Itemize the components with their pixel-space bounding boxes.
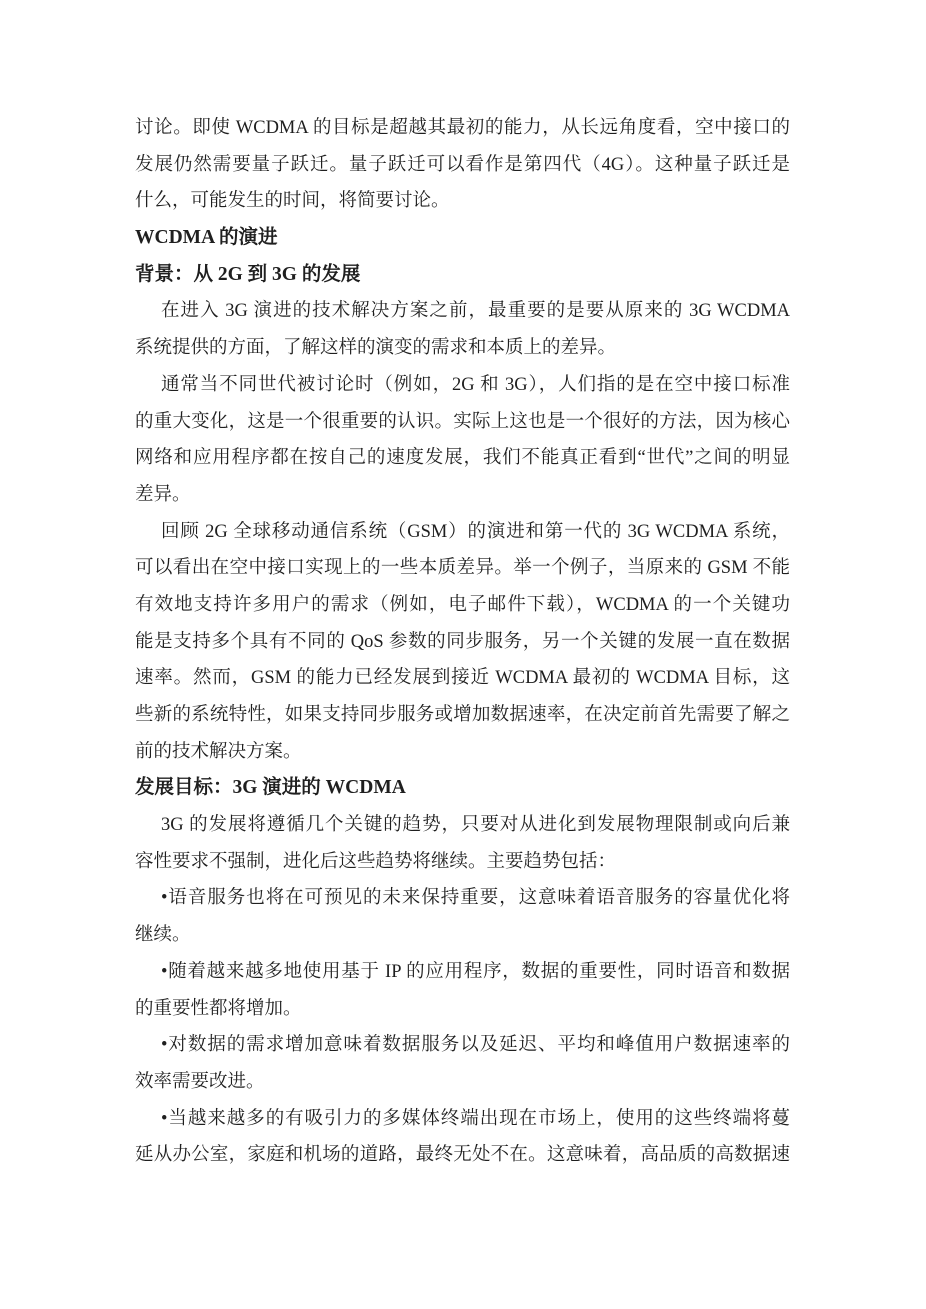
paragraph: 3G 的发展将遵循几个关键的趋势，只要对从进化到发展物理限制或向后兼容性要求不强… xyxy=(135,807,790,880)
bullet-item: •随着越来越多地使用基于 IP 的应用程序，数据的重要性，同时语音和数据的重要性… xyxy=(135,954,790,1027)
text-line: 什么，可能发生的时间，将简要讨论。 xyxy=(135,183,790,220)
heading-line: 背景：从 2G 到 3G 的发展 xyxy=(135,257,790,294)
text-line: 前的技术解决方案。 xyxy=(135,734,790,771)
paragraph: 回顾 2G 全球移动通信系统（GSM）的演进和第一代的 3G WCDMA 系统，… xyxy=(135,514,790,771)
document-content: 讨论。即使 WCDMA 的目标是超越其最初的能力，从长远角度看，空中接口的发展仍… xyxy=(135,110,790,1174)
text-line: 速率。然而，GSM 的能力已经发展到接近 WCDMA 最初的 WCDMA 目标，… xyxy=(135,660,790,697)
section-heading: 发展目标：3G 演进的 WCDMA xyxy=(135,770,790,807)
text-line: 可以看出在空中接口实现上的一些本质差异。举一个例子，当原来的 GSM 不能 xyxy=(135,550,790,587)
text-line: 3G 的发展将遵循几个关键的趋势，只要对从进化到发展物理限制或向后兼 xyxy=(135,807,790,844)
text-line: 通常当不同世代被讨论时（例如，2G 和 3G），人们指的是在空中接口标准 xyxy=(135,367,790,404)
section-heading: 背景：从 2G 到 3G 的发展 xyxy=(135,257,790,294)
text-line: 网络和应用程序都在按自己的速度发展，我们不能真正看到“世代”之间的明显 xyxy=(135,440,790,477)
text-line: 差异。 xyxy=(135,477,790,514)
text-line: 些新的系统特性，如果支持同步服务或增加数据速率，在决定前首先需要了解之 xyxy=(135,697,790,734)
paragraph: 通常当不同世代被讨论时（例如，2G 和 3G），人们指的是在空中接口标准的重大变… xyxy=(135,367,790,514)
text-line: •随着越来越多地使用基于 IP 的应用程序，数据的重要性，同时语音和数据 xyxy=(135,954,790,991)
paragraph: 在进入 3G 演进的技术解决方案之前，最重要的是要从原来的 3G WCDMA系统… xyxy=(135,293,790,366)
text-line: 效率需要改进。 xyxy=(135,1064,790,1101)
text-line: 回顾 2G 全球移动通信系统（GSM）的演进和第一代的 3G WCDMA 系统， xyxy=(135,514,790,551)
text-line: 的重大变化，这是一个很重要的认识。实际上这也是一个很好的方法，因为核心 xyxy=(135,404,790,441)
text-line: 容性要求不强制，进化后这些趋势将继续。主要趋势包括： xyxy=(135,844,790,881)
heading-line: WCDMA 的演进 xyxy=(135,220,790,257)
bullet-item: •语音服务也将在可预见的未来保持重要，这意味着语音服务的容量优化将继续。 xyxy=(135,880,790,953)
text-line: 的重要性都将增加。 xyxy=(135,991,790,1028)
text-line: 有效地支持许多用户的需求（例如，电子邮件下载），WCDMA 的一个关键功 xyxy=(135,587,790,624)
text-line: 在进入 3G 演进的技术解决方案之前，最重要的是要从原来的 3G WCDMA xyxy=(135,293,790,330)
text-line: 能是支持多个具有不同的 QoS 参数的同步服务，另一个关键的发展一直在数据 xyxy=(135,624,790,661)
text-line: •对数据的需求增加意味着数据服务以及延迟、平均和峰值用户数据速率的 xyxy=(135,1027,790,1064)
heading-line: 发展目标：3G 演进的 WCDMA xyxy=(135,770,790,807)
text-line: 发展仍然需要量子跃迁。量子跃迁可以看作是第四代（4G）。这种量子跃迁是 xyxy=(135,147,790,184)
text-line: •语音服务也将在可预见的未来保持重要，这意味着语音服务的容量优化将 xyxy=(135,880,790,917)
section-heading: WCDMA 的演进 xyxy=(135,220,790,257)
text-line: 继续。 xyxy=(135,917,790,954)
text-line: 延从办公室，家庭和机场的道路，最终无处不在。这意味着，高品质的高数据速 xyxy=(135,1137,790,1174)
text-line: 讨论。即使 WCDMA 的目标是超越其最初的能力，从长远角度看，空中接口的 xyxy=(135,110,790,147)
text-line: 系统提供的方面，了解这样的演变的需求和本质上的差异。 xyxy=(135,330,790,367)
document-page: 讨论。即使 WCDMA 的目标是超越其最初的能力，从长远角度看，空中接口的发展仍… xyxy=(0,0,926,1309)
bullet-item: •对数据的需求增加意味着数据服务以及延迟、平均和峰值用户数据速率的效率需要改进。 xyxy=(135,1027,790,1100)
bullet-item: •当越来越多的有吸引力的多媒体终端出现在市场上，使用的这些终端将蔓延从办公室，家… xyxy=(135,1101,790,1174)
text-line: •当越来越多的有吸引力的多媒体终端出现在市场上，使用的这些终端将蔓 xyxy=(135,1101,790,1138)
paragraph: 讨论。即使 WCDMA 的目标是超越其最初的能力，从长远角度看，空中接口的发展仍… xyxy=(135,110,790,220)
